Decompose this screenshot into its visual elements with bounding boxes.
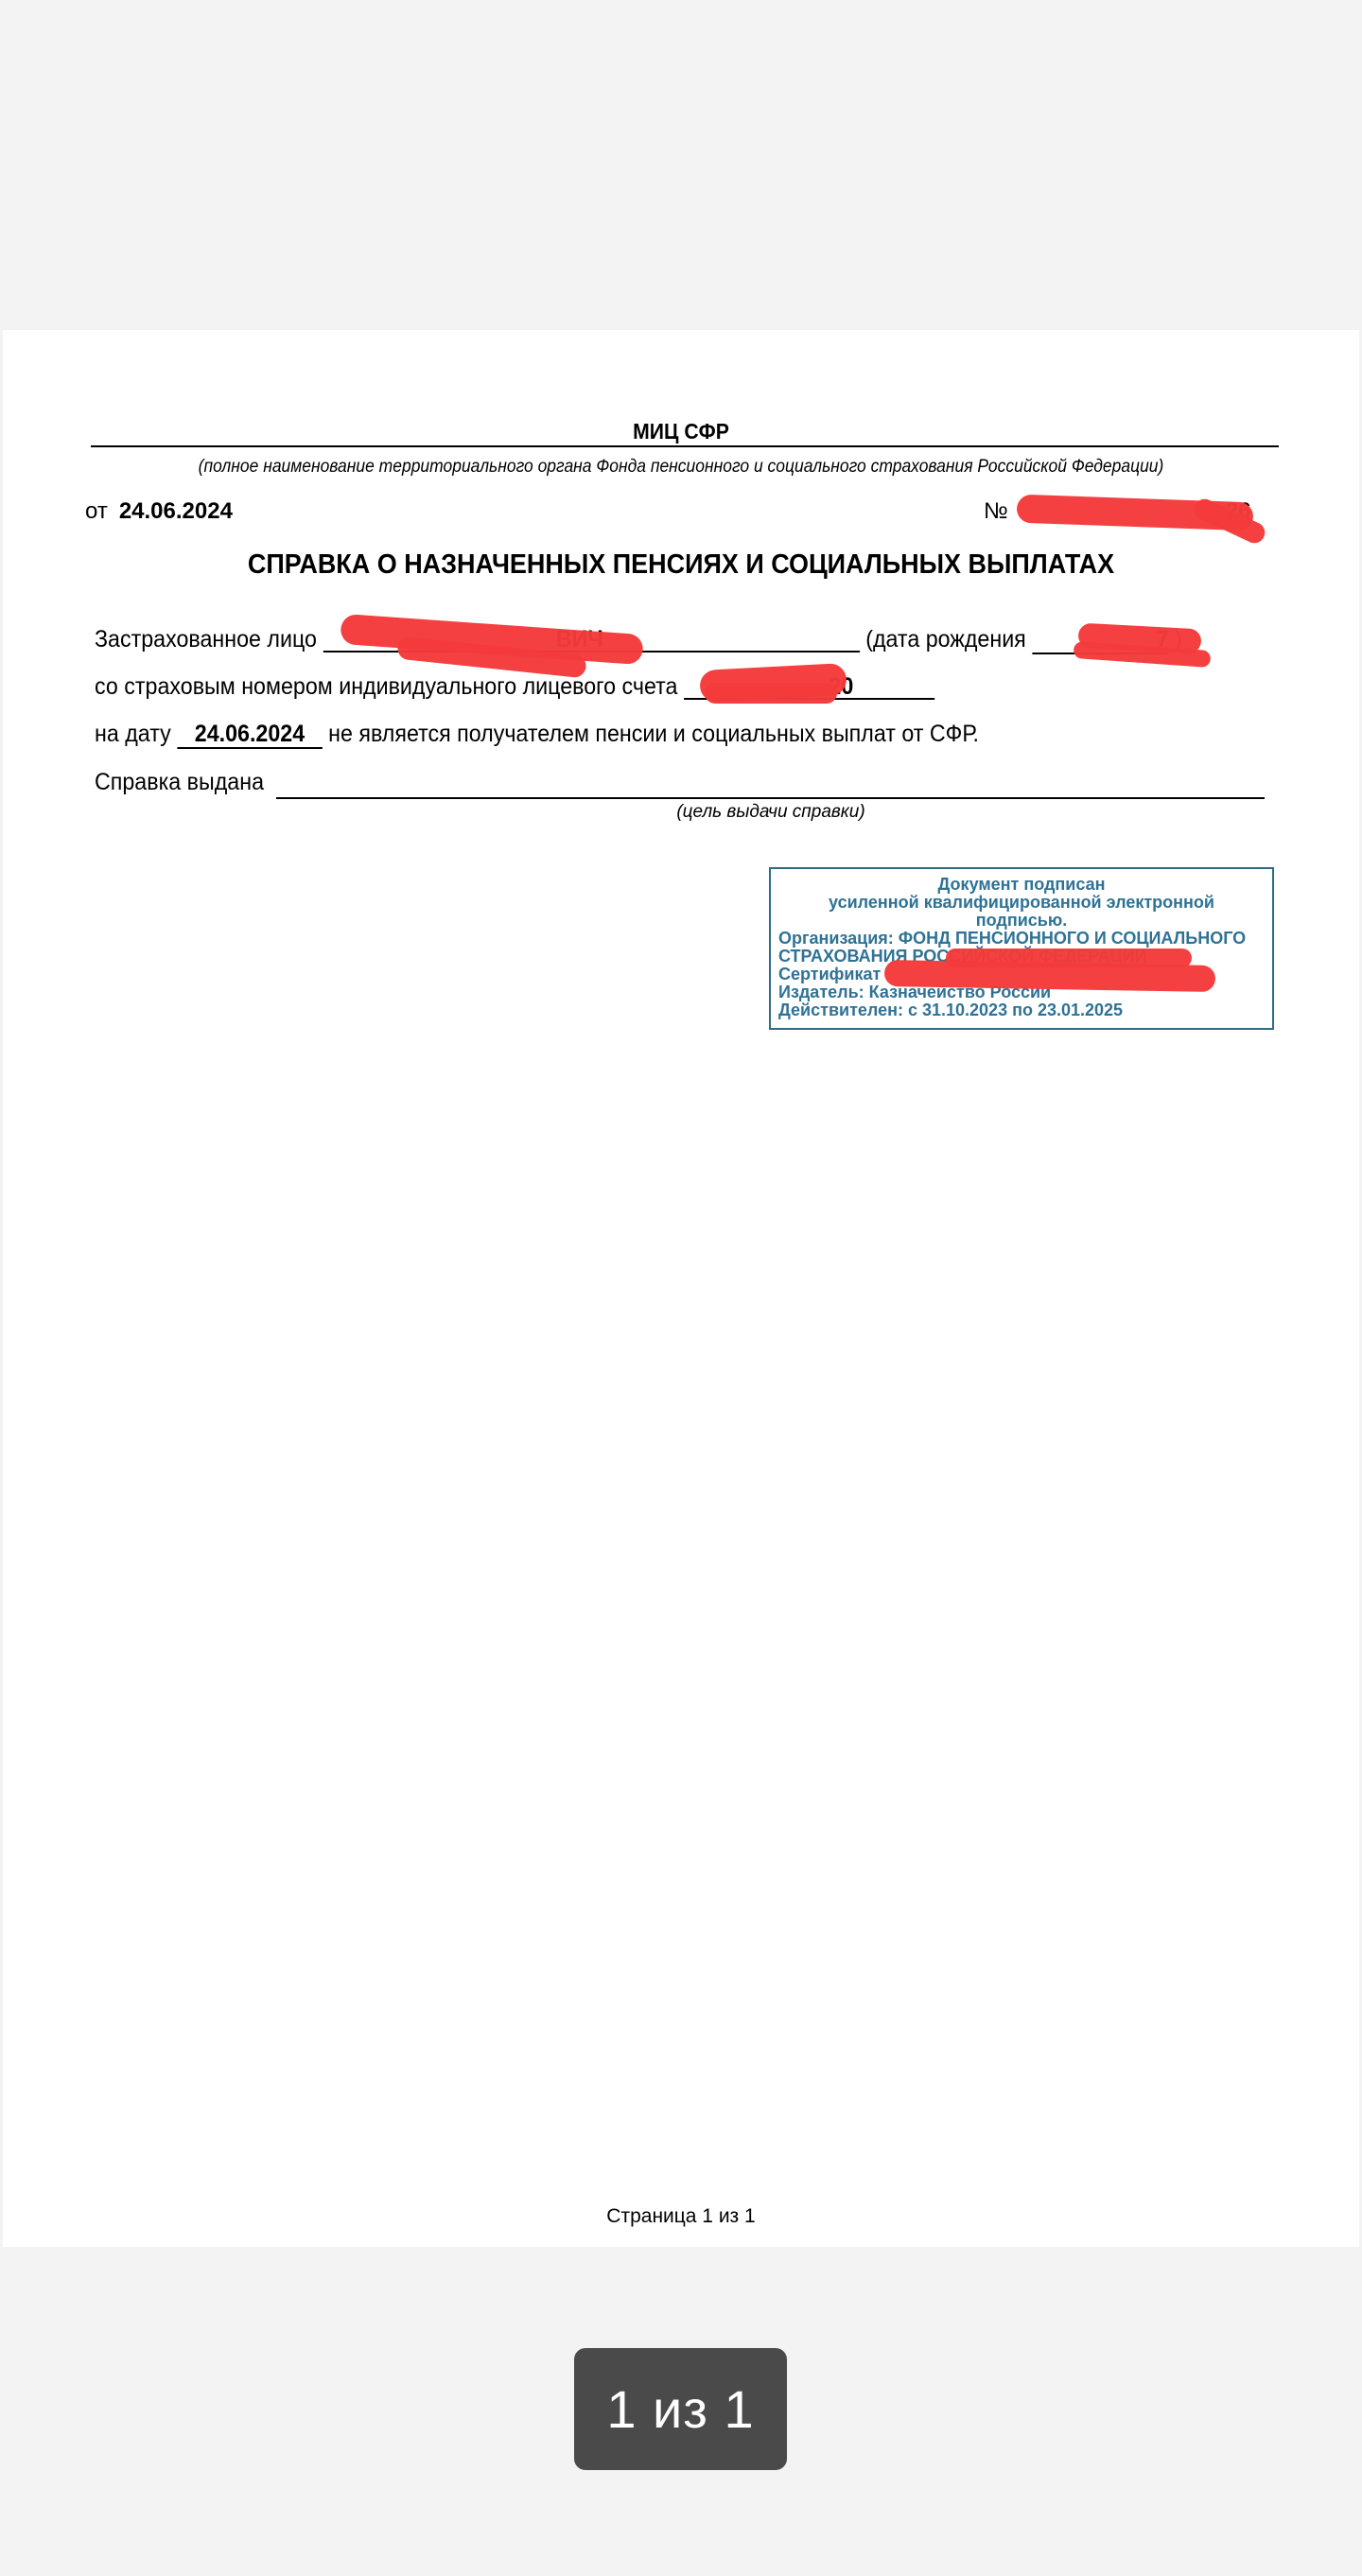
document-page [3,330,1359,2247]
stamp-validity: Действителен: с 31.10.2023 по 23.01.2025 [778,1001,1265,1019]
redaction-mark [705,683,837,704]
number-label: № [984,498,1008,524]
issued-underline [276,797,1265,799]
doc-date-row: от24.06.2024 [85,498,233,525]
issued-label: Справка выдана [95,769,264,795]
stamp-line: усиленной квалифицированной электронной [778,894,1265,912]
org-underline [91,445,1279,447]
redaction-mark [946,949,1192,967]
from-label: от [85,498,108,524]
on-date: 24.06.2024 [177,721,322,749]
on-date-label: на дату [95,721,171,747]
snils-label: со страховым номером индивидуального лиц… [95,673,677,700]
purpose-caption: (цель выдачи справки) [0,802,1362,823]
status-row: на дату 24.06.2024 не является получател… [95,721,979,749]
document-title: СПРАВКА О НАЗНАЧЕННЫХ ПЕНСИЯХ И СОЦИАЛЬН… [47,549,1314,581]
insured-label: Застрахованное лицо [95,626,317,653]
issued-row: Справка выдана [95,769,264,796]
page-footer: Страница 1 из 1 [0,2205,1362,2228]
birth-label: (дата рождения [865,626,1026,653]
org-caption: (полное наименование территориального ор… [55,457,1308,478]
org-name: МИЦ СФР [55,419,1308,444]
status-text: не является получателем пенсии и социаль… [328,721,979,747]
stamp-line: подписью. [778,912,1265,930]
stamp-line: Документ подписан [778,876,1265,894]
page-indicator: 1 из 1 [574,2348,787,2470]
stamp-organization: Организация: ФОНД ПЕНСИОННОГО И СОЦИАЛЬН… [778,930,1265,948]
doc-date: 24.06.2024 [119,498,233,524]
